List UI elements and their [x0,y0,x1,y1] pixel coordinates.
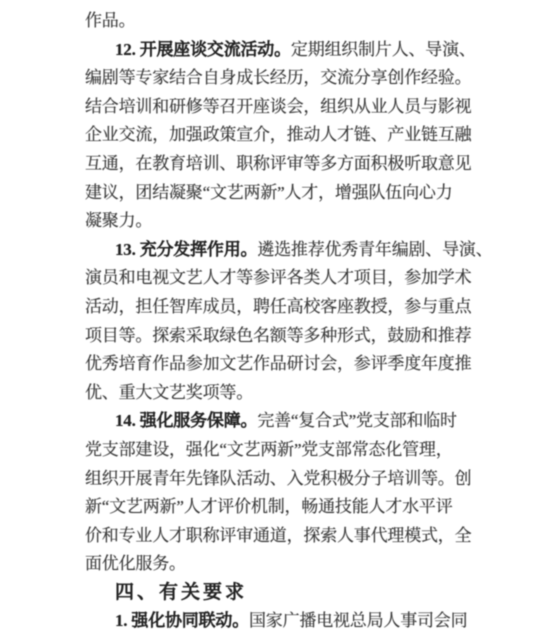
text-line: 价和专业人才职称评审通道，探索人事代理模式，全 [85,522,505,551]
text-run: 演员和电视文艺人才等参评各类人才项目，参加学术 [85,268,471,287]
text-line: 活动，担任智库成员，聘任高校客座教授，参与重点 [85,293,505,322]
text-run: 优秀培育作品参加文艺作品研讨会，参评季度年度推 [85,354,471,373]
text-run: 遴选推荐优秀青年编剧、导演、 [257,240,492,259]
text-run: 作品。 [85,11,135,30]
paragraph-first-line: 1. 强化协同联动。国家广播电视总局人事司会同 [85,607,505,632]
text-run: 建议，团结凝聚“文艺两新”人才，增强队伍向心力 [85,183,453,202]
text-line: 企业交流，加强政策宣介，推动人才链、产业链互融 [85,121,505,150]
text-run: 优、重大文艺奖项等。 [85,383,253,402]
text-line: 优秀培育作品参加文艺作品研讨会，参评季度年度推 [85,350,505,379]
text-line: 项目等。探索采取绿色名额等多种形式，鼓励和推荐 [85,322,505,351]
text-line: 作品。 [85,7,505,36]
text-line: 结合培训和研修等召开座谈会，组织从业人员与影视 [85,93,505,122]
text-run: 凝聚力。 [85,211,152,230]
text-line: 凝聚力。 [85,207,505,236]
text-run: 项目等。探索采取绿色名额等多种形式，鼓励和推荐 [85,326,471,345]
text-line: 面优化服务。 [85,550,505,579]
bold-run: 1. 强化协同联动。 [115,611,249,630]
text-run: 企业交流，加强政策宣介，推动人才链、产业链互融 [85,125,471,144]
bold-run: 12. 开展座谈交流活动。 [115,40,291,59]
text-line: 党支部建设，强化“文艺两新”党支部常态化管理， [85,436,505,465]
paragraph-first-line: 13. 充分发挥作用。遴选推荐优秀青年编剧、导演、 [85,236,505,265]
section-heading: 四、有关要求 [85,579,505,608]
text-run: 结合培训和研修等召开座谈会，组织从业人员与影视 [85,97,471,116]
text-run: 定期组织制片人、导演、 [291,40,476,59]
text-line: 组织开展青年先锋队活动、入党积极分子培训等。创 [85,465,505,494]
document-page: 作品。12. 开展座谈交流活动。定期组织制片人、导演、编剧等专家结合自身成长经历… [0,0,550,632]
text-run: 价和专业人才职称评审通道，探索人事代理模式，全 [85,526,471,545]
text-run: 新“文艺两新”人才评价机制，畅通技能人才水平评 [85,497,453,516]
text-run: 党支部建设，强化“文艺两新”党支部常态化管理， [85,440,453,459]
text-run: 国家广播电视总局人事司会同 [249,611,467,630]
text-run: 组织开展青年先锋队活动、入党积极分子培训等。创 [85,469,471,488]
text-run: 完善“复合式”党支部和临时 [257,411,457,430]
text-line: 建议，团结凝聚“文艺两新”人才，增强队伍向心力 [85,179,505,208]
text-line: 演员和电视文艺人才等参评各类人才项目，参加学术 [85,264,505,293]
text-line: 互通，在教育培训、职称评审等多方面积极听取意见 [85,150,505,179]
text-run: 面优化服务。 [85,554,186,573]
text-line: 优、重大文艺奖项等。 [85,379,505,408]
text-line: 新“文艺两新”人才评价机制，畅通技能人才水平评 [85,493,505,522]
text-line: 编剧等专家结合自身成长经历，交流分享创作经验。 [85,64,505,93]
text-run: 互通，在教育培训、职称评审等多方面积极听取意见 [85,154,471,173]
bold-run: 四、有关要求 [115,582,247,603]
paragraph-first-line: 14. 强化服务保障。完善“复合式”党支部和临时 [85,407,505,436]
text-run: 活动，担任智库成员，聘任高校客座教授，参与重点 [85,297,471,316]
text-run: 编剧等专家结合自身成长经历，交流分享创作经验。 [85,68,471,87]
text-column: 作品。12. 开展座谈交流活动。定期组织制片人、导演、编剧等专家结合自身成长经历… [85,7,505,632]
bold-run: 13. 充分发挥作用。 [115,240,257,259]
paragraph-first-line: 12. 开展座谈交流活动。定期组织制片人、导演、 [85,36,505,65]
bold-run: 14. 强化服务保障。 [115,411,257,430]
